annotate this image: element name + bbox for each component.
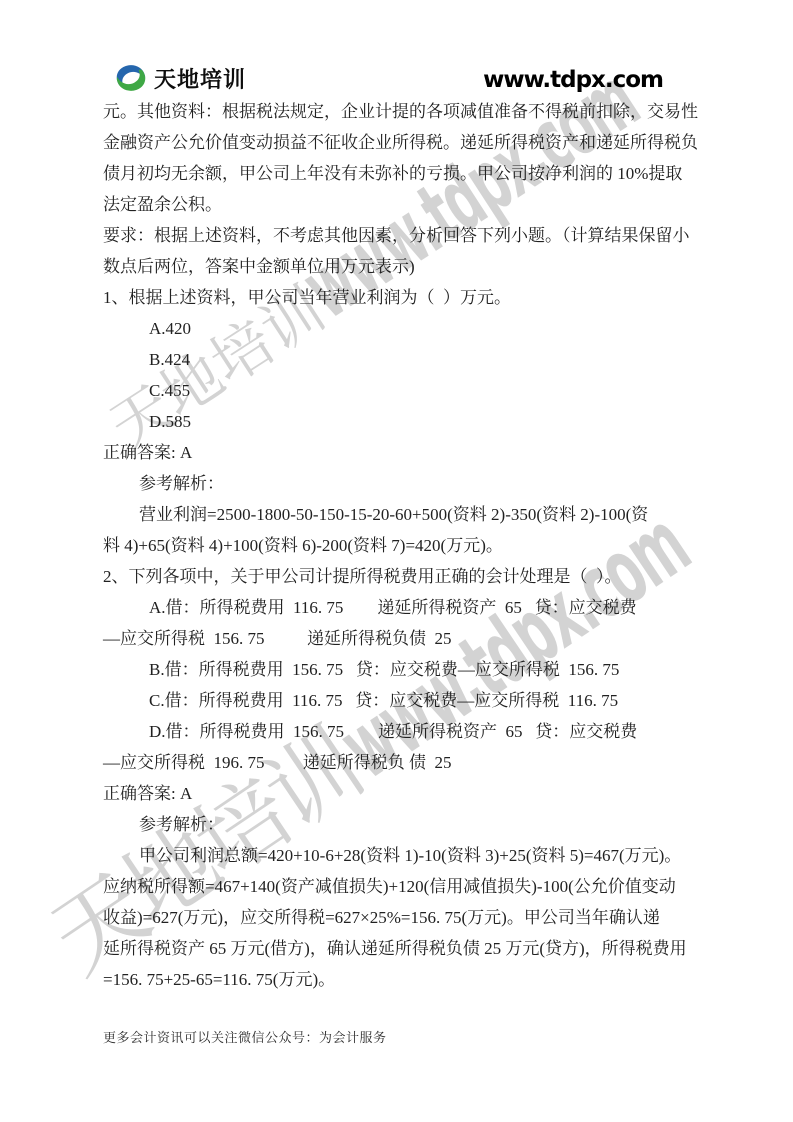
text-line: 数点后两位，答案中金额单位用万元表示) <box>103 251 703 282</box>
text-line: 营业利润=2500-1800-50-150-15-20-60+500(资料 2)… <box>103 499 703 530</box>
text-line: —应交所得税 196. 75 递延所得税负 债 25 <box>103 747 703 778</box>
text-line: 延所得税资产 65 万元(借方)，确认递延所得税负债 25 万元(贷方)，所得税… <box>103 933 703 964</box>
brand-logo: 天地培训 <box>112 62 246 94</box>
text-line: 1、根据上述资料，甲公司当年营业利润为（ ）万元。 <box>103 282 703 313</box>
brand-name: 天地培训 <box>154 63 246 94</box>
footer-note: 更多会计资讯可以关注微信公众号：为会计服务 <box>103 1027 387 1046</box>
text-line: C.455 <box>103 375 703 406</box>
text-line: C.借：所得税费用 116. 75 贷：应交税费—应交所得税 116. 75 <box>103 685 703 716</box>
text-line: =156. 75+25-65=116. 75(万元)。 <box>103 964 703 995</box>
text-line: 正确答案: A <box>103 778 703 809</box>
text-line: D.585 <box>103 406 703 437</box>
header-site-url: www.tdpx.com <box>483 67 663 93</box>
swirl-logo-icon <box>112 62 150 94</box>
text-line: 收益)=627(万元)，应交所得税=627×25%=156. 75(万元)。甲公… <box>103 902 703 933</box>
text-line: B.借：所得税费用 156. 75 贷：应交税费—应交所得税 156. 75 <box>103 654 703 685</box>
text-line: 要求：根据上述资料，不考虑其他因素，分析回答下列小题。（计算结果保留小 <box>103 220 703 251</box>
text-line: 金融资产公允价值变动损益不征收企业所得税。递延所得税资产和递延所得税负 <box>103 127 703 158</box>
text-line: 法定盈余公积。 <box>103 189 703 220</box>
text-line: —应交所得税 156. 75 递延所得税负债 25 <box>103 623 703 654</box>
text-line: 2、下列各项中，关于甲公司计提所得税费用正确的会计处理是（ ）。 <box>103 561 703 592</box>
text-line: 正确答案: A <box>103 437 703 468</box>
text-line: A.420 <box>103 313 703 344</box>
text-line: 料 4)+65(资料 4)+100(资料 6)-200(资料 7)=420(万元… <box>103 530 703 561</box>
text-line: 债月初均无余额，甲公司上年没有未弥补的亏损。甲公司按净利润的 10%提取 <box>103 158 703 189</box>
text-line: A.借：所得税费用 116. 75 递延所得税资产 65 贷：应交税费 <box>103 592 703 623</box>
text-line: 参考解析： <box>103 468 703 499</box>
document-page: { "page": { "background": "#ffffff", "te… <box>0 0 793 1122</box>
text-line: 甲公司利润总额=420+10-6+28(资料 1)-10(资料 3)+25(资料… <box>103 840 703 871</box>
text-line: 参考解析： <box>103 809 703 840</box>
text-line: B.424 <box>103 344 703 375</box>
text-line: 应纳税所得额=467+140(资产减值损失)+120(信用减值损失)-100(公… <box>103 871 703 902</box>
text-line: D.借：所得税费用 156. 75 递延所得税资产 65 贷：应交税费 <box>103 716 703 747</box>
document-text: 元。其他资料：根据税法规定，企业计提的各项减值准备不得税前扣除，交易性金融资产公… <box>103 96 703 995</box>
page-header: 天地培训 www.tdpx.com <box>0 0 793 105</box>
